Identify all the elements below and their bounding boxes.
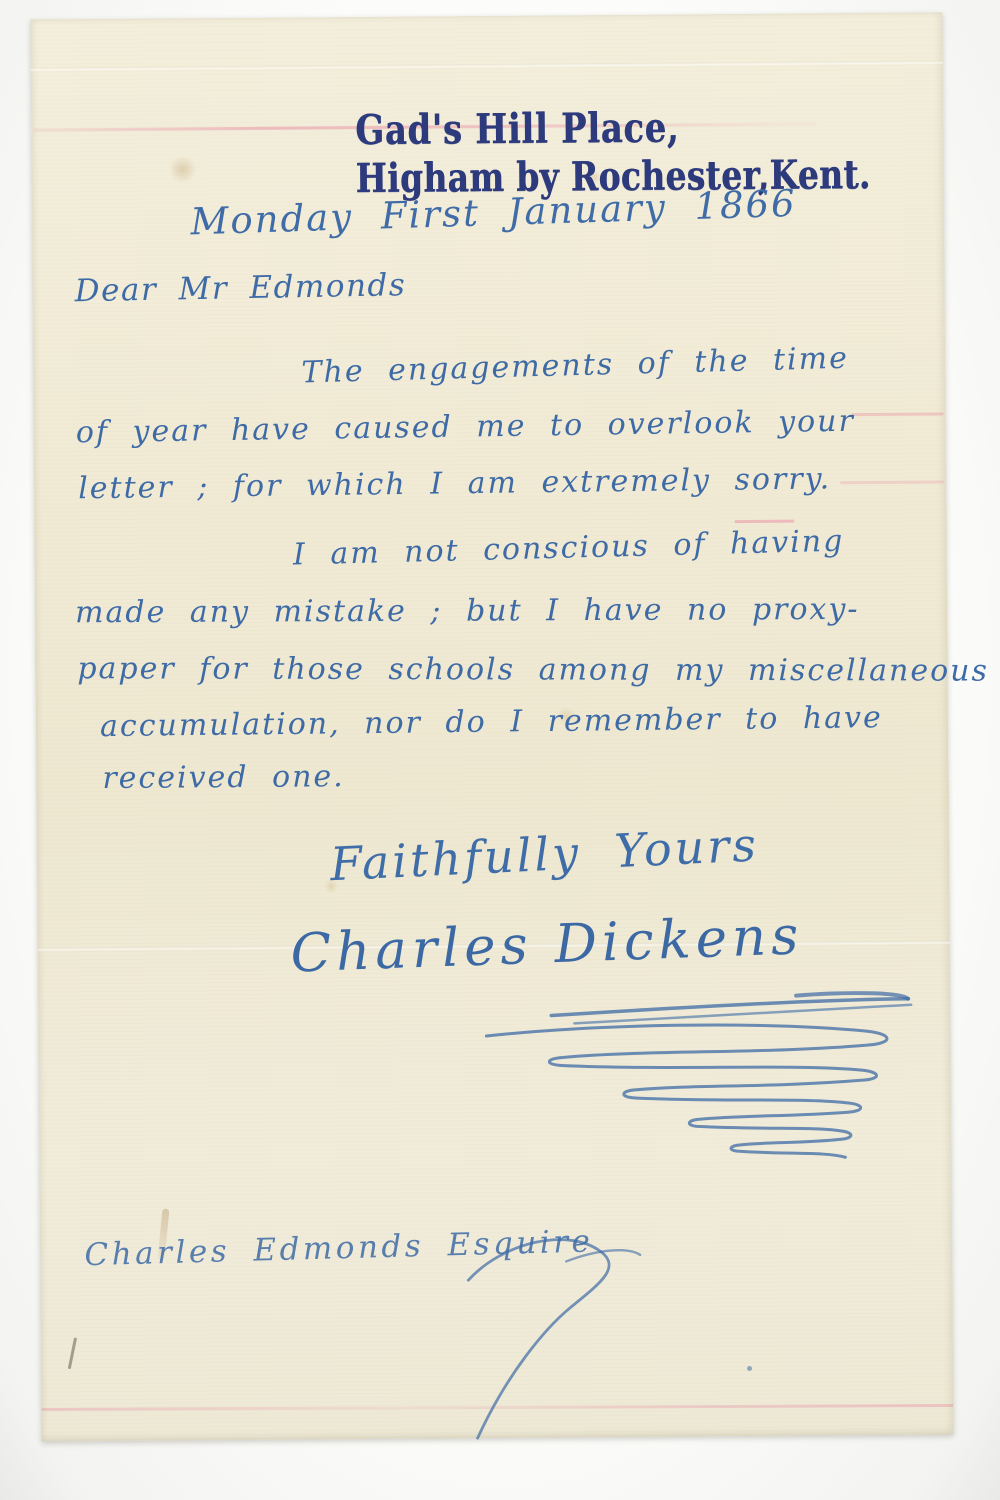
dickens-signature: Charles Dickens (290, 905, 805, 984)
pink-mark-right-3 (734, 520, 794, 523)
body-line: made any mistake ; but I have no proxy- (75, 592, 860, 630)
paper-crease-top (31, 60, 943, 71)
body-line: of year have caused me to overlook your (76, 404, 856, 451)
blue-fleck (747, 1366, 752, 1371)
foxing-stain (168, 156, 198, 182)
body-line: letter ; for which I am extremely sorry. (78, 461, 831, 506)
body-line: accumulation, nor do I remember to have (100, 700, 883, 744)
body-line: paper for those schools among my miscell… (77, 651, 989, 688)
signature-zigzag-flourish (466, 1017, 919, 1171)
body-line: I am not conscious of having (293, 524, 845, 573)
body-line: received one. (102, 759, 345, 796)
pink-mark-right-1 (852, 412, 944, 416)
letter-paper: Gad's Hill Place, Higham by Rochester,Ke… (30, 12, 953, 1441)
closing-valediction: Faithfully Yours (329, 817, 760, 891)
date-line: Monday First January 1866 (190, 182, 797, 243)
ink-fleck (68, 1337, 77, 1369)
body-line: The engagements of the time (301, 341, 849, 391)
photo-backdrop: Gad's Hill Place, Higham by Rochester,Ke… (0, 0, 1000, 1500)
pink-mark-right-2 (840, 480, 944, 484)
salutation: Dear Mr Edmonds (74, 267, 406, 309)
letterhead-line-1: Gad's Hill Place, (355, 101, 870, 155)
